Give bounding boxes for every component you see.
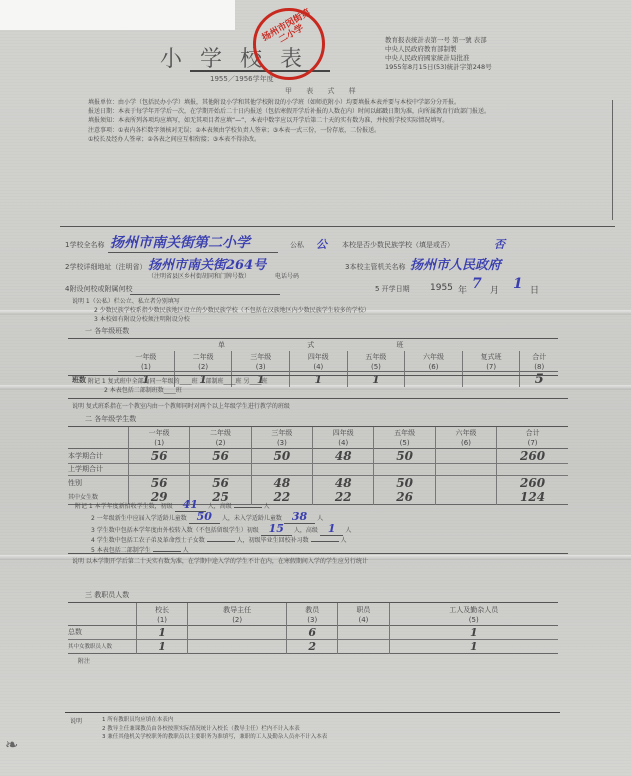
note-line: 3 兼任其他机关学校职务的教职员以主要职务为准填写，兼职的工人及勤杂人员亦不计入… [102,733,327,742]
handwritten-mark: ❧ [5,735,18,754]
note-line: 1 所有教职员均应填在本表内 [102,716,327,725]
cell-total: 260 [497,475,568,490]
col-number: (5) [389,616,558,625]
col-header: 教员 [287,603,338,616]
col-header: 二年级 [174,351,232,363]
cell-value: 1 [137,625,188,639]
col-header: 一年级 [118,351,174,363]
table-row: 其中女教职员人数 1 2 1 [68,639,558,653]
eligible-children: 50 [189,510,220,524]
phone-label: 电话号码 [275,271,299,280]
fill-line [130,294,280,295]
section1-bottom-note: 说明 复式班系指在一个教室内由一个教师同时对两个以上年级学生进行教学的班级 [72,401,290,410]
form-subtitle: 1955／1956学年度 [210,74,274,84]
footnote-line: 2 一年级新生中应届入学适龄儿童数 50 人，未入学适龄儿童数 38 人 [75,512,351,524]
divider [60,226,615,227]
transfer-senior: 1 [320,522,344,536]
col-header: 五年级 [374,427,435,439]
type-label: 公私 [290,240,304,250]
notes-top: 说明 1（公私）栏公立、私立者分别填写 2 少数民族学校系指少数民族地区设立的少… [72,297,602,324]
issuer-line: 1955年8月15日(53)統計字第248号 [385,63,492,72]
section1-heading: 一 各年级班数 [85,326,129,336]
date-year: 1955 [430,283,453,293]
col-header: 三年级 [232,351,290,363]
address-label: 2学校详细地址（注明省） [65,262,146,272]
after-label: 附注 [78,656,90,665]
cell-value: 56 [129,448,190,463]
instruction-line: 报送日期：本表于每学年开学后一次，在学期开始后二十日内报送（包括寒假开学后补报的… [88,107,608,116]
divider [68,553,568,554]
form-type: 甲 表 式 样 [285,86,362,96]
section2-footnotes: 附记 1 本学年度新招收学生数，初级 41 人，高级 人 2 一年级新生中应届入… [75,500,351,556]
cell-value [188,625,287,639]
issuer-block: 教育报表统計表第一号 第一號 表部 中央人民政府教育部制製 中央人民政府國家統計… [385,36,492,72]
divider [65,712,560,713]
cell-value: 48 [251,475,312,490]
cell-value [435,448,496,463]
col-header: 教导主任 [188,603,287,616]
date-day-unit: 日 [530,283,539,296]
col-number: (2) [174,363,232,372]
col-number: (4) [290,363,348,372]
col-header: 五年级 [347,351,405,363]
col-number: (1) [118,363,174,372]
cell-value: 56 [190,448,251,463]
cell-value: 1 [137,639,188,653]
col-number: (4) [338,616,389,625]
cell-total: 124 [497,490,568,505]
col-number: (2) [190,439,251,448]
issuer-line: 教育报表统計表第一号 第一號 表部 [385,36,492,45]
table-top-line [68,338,558,339]
address-hint: （注明省县区乡村街胡同和门牌号数） [148,271,250,280]
cell-value [435,490,496,505]
school-name-label: 1学校全名称 [65,240,104,250]
instruction-line: 填报单位：由小学（包括民办小学）填报，其他附设小学和其他学校附设的小学班（如师范… [88,98,608,107]
minority-label: 本校是否少数民族学校（填是或否） [342,240,454,250]
cell-value: 50 [374,475,435,490]
footnote-line: 3 学生数中包括本学年度由外校转入数（不包括留级学生）初级 15 人，高级 1 … [75,524,351,536]
cell-value [435,475,496,490]
note-line: 3 本校如有附设分校须注明附设分校 [72,315,602,324]
col-header: 一年级 [129,427,190,439]
cell-value: 50 [251,448,312,463]
cell-value: 1 [347,372,405,388]
section2-heading: 二 各年级学生数 [85,414,136,424]
table-row: 总数 1 6 1 [68,625,558,639]
col-header: 四年级 [313,427,374,439]
bottom-notes: 1 所有教职员均应填在本表内 2 教导主任兼课教员由各校按照实际情况统计入校长（… [102,716,327,742]
cell-value: 48 [313,448,374,463]
section1-footnotes: 附记 1 复式班中全部为同一年级的____班 二部制班____班 另____班 … [88,377,267,395]
col-number: (6) [405,363,463,372]
section2-table: 一年级 二年级 三年级 四年级 五年级 六年级 合计 (1) (2) (3) (… [68,427,568,505]
col-number: (1) [137,616,188,625]
issuer-line: 中央人民政府國家統計局批准 [385,54,492,63]
col-header: 复式班 [462,351,520,363]
minority-value: 否 [494,236,505,252]
cell-value: 1 [290,372,348,388]
date-day: 1 [513,276,523,292]
section3-heading: 三 教职员人数 [85,590,129,600]
instruction-line: ①校长及经办人签章；②各表之间应互相衔接；③本表不得涂改。 [88,135,608,144]
col-header: 三年级 [251,427,312,439]
authority-value: 扬州市人民政府 [410,254,501,273]
affiliation-label: 4附设何校或附属何校 [65,284,132,294]
cell-value [405,372,463,388]
col-number: (7) [497,439,568,448]
table-row: 性别 56 56 48 48 50 260 [68,475,568,490]
col-number: (3) [232,363,290,372]
row-label: 其中女教职员人数 [68,639,137,653]
divider [68,398,568,399]
col-number: (5) [347,363,405,372]
cell-value: 50 [374,448,435,463]
cell-value [338,639,389,653]
cell-value [188,639,287,653]
footnote-line: 4 学生数中包括工农子弟及革命烈士子女数 人，初级毕业生回校补习数 人 [75,536,351,546]
footnote-line: 2 本表包括二部制班数____班 [88,386,267,395]
row-label: 本学期合计 [68,448,129,463]
instructions-block: 填报单位：由小学（包括民办小学）填报，其他附设小学和其他学校附设的小学班（如师范… [88,98,608,144]
col-number: (5) [374,439,435,448]
start-date-label: 5 开学日期 [375,284,410,294]
table-row: 本学期合计 56 56 50 48 50 260 [68,448,568,463]
authority-label: 3本校主管机关名称 [345,262,405,272]
col-header: 二年级 [190,427,251,439]
footnote-line: 附记 1 复式班中全部为同一年级的____班 二部制班____班 另____班 [88,377,267,386]
cell-value [462,372,520,388]
col-header: 合计 [520,351,558,363]
row-label: 总数 [68,625,137,639]
footnote-line: 5 本表包括二部制学生 人 [75,546,351,556]
cell-value: 48 [313,475,374,490]
cell-value: 1 [389,639,558,653]
col-header: 工人及勤杂人员 [389,603,558,616]
date-month: 7 [472,276,482,292]
transfer-junior: 15 [261,522,292,536]
row-label: 班数 [72,375,86,385]
cell-value: 2 [287,639,338,653]
cell-value: 1 [389,625,558,639]
col-number: (7) [462,363,520,372]
note-line: 说明 1（公私）栏公立、私立者分别填写 [72,297,602,306]
cell-value: 6 [287,625,338,639]
note-line: 2 少数民族学校系指少数民族地区设立的少数民族学校（不包括在汉族地区内少数民族学… [72,306,602,315]
table-bottom-line [68,375,558,376]
col-header: 合计 [497,427,568,439]
note-line: 2 教导主任兼课教员由各校按照实际情况统计入校长（教导主任）栏内不计入本表 [102,725,327,734]
instruction-line: 注意事项：①表内各栏数字须核对无误；②本表须由学校负责人签章；③本表一式三份，一… [88,126,608,135]
school-name-value: 扬州市南关街第二小学 [110,232,250,252]
cell-value: 26 [374,490,435,505]
col-number: (6) [435,439,496,448]
col-number: (3) [251,439,312,448]
type-value: 公 [316,236,327,252]
section3-table: 校长 教导主任 教员 职员 工人及勤杂人员 (1) (2) (3) (4) (5… [68,603,558,654]
date-year-unit: 年 [458,283,467,296]
table-row: 上学期合计 [68,463,568,475]
col-header: 六年级 [435,427,496,439]
col-header: 校长 [137,603,188,616]
cell-value: 56 [129,475,190,490]
col-number: (8) [520,363,558,372]
row-label: 性别 [68,475,129,490]
single-class-header: 单 式 班 [218,340,443,350]
col-number: (1) [129,439,190,448]
cell-total: 260 [497,448,568,463]
date-month-unit: 月 [490,283,499,296]
col-header: 职员 [338,603,389,616]
col-number: (4) [313,439,374,448]
col-number: (2) [188,616,287,625]
margin-line [612,100,613,220]
cell-value: 56 [190,475,251,490]
row-label: 上学期合计 [68,463,129,475]
cell-total: 5 [520,372,558,388]
instruction-line: 填报须知：本表所列各项均应填写，如无其项目者应填“—”，本表中数字应以开学后第二… [88,116,608,125]
col-header: 六年级 [405,351,463,363]
col-header: 四年级 [290,351,348,363]
scan-edge [0,0,235,30]
bottom-notes-label: 说明 [70,716,82,725]
col-number: (3) [287,616,338,625]
fill-line [108,252,278,253]
section2-bottom-note: 说明 以本学期开学后第二十天实有数为准，在学期中途入学的学生不计在内，在寒假期间… [72,556,368,565]
cell-value [338,625,389,639]
issuer-line: 中央人民政府教育部制製 [385,45,492,54]
